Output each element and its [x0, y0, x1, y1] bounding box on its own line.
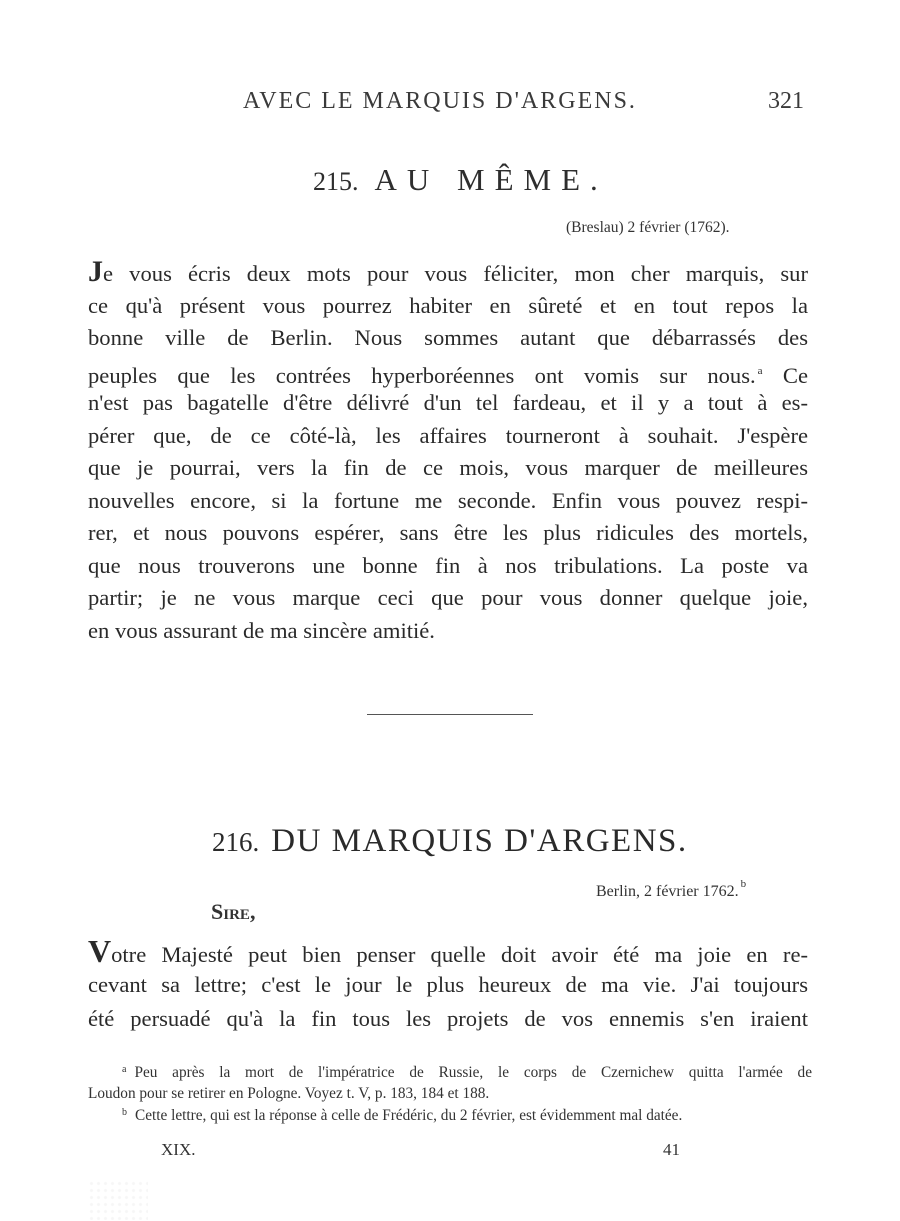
body-line: été persuadé qu'à la fin tous les projet… [88, 1003, 808, 1037]
body-line: rer, et nous pouvons espérer, sans être … [88, 517, 808, 550]
body-line: nouvelles encore, si la fortune me secon… [88, 485, 808, 518]
letter-title: DU MARQUIS D'ARGENS. [271, 823, 687, 859]
body-line: partir; je ne vous marque ceci que pour … [88, 582, 808, 615]
signature-mark: XIX. [161, 1140, 195, 1160]
letter-216-body: Votre Majesté peut bien penser quelle do… [88, 935, 808, 1037]
footnote-b: bCette lettre, qui est la réponse à cell… [122, 1107, 682, 1125]
running-head: AVEC LE MARQUIS D'ARGENS. [243, 88, 637, 115]
body-line: cevant sa lettre; c'est le jour le plus … [88, 969, 808, 1003]
page-number: 321 [768, 88, 804, 115]
body-line: Je vous écris deux mots pour vous félici… [88, 257, 808, 290]
letter-216-heading: 216.DU MARQUIS D'ARGENS. [212, 823, 688, 860]
body-line: que je pourrai, vers la fin de ce mois, … [88, 452, 808, 485]
letter-number: 215. [313, 167, 359, 196]
letter-215-heading: 215.AU MÊME. [313, 162, 608, 198]
letter-number: 216. [212, 827, 259, 857]
body-line: Votre Majesté peut bien penser quelle do… [88, 935, 808, 969]
body-line: bonne ville de Berlin. Nous sommes autan… [88, 322, 808, 355]
drop-cap: V [88, 933, 111, 969]
body-line: n'est pas bagatelle d'être délivré d'un … [88, 387, 808, 420]
scan-speckle [88, 1180, 148, 1220]
body-line: peuples que les contrées hyperboréennes … [88, 355, 808, 388]
section-divider [367, 714, 533, 715]
footnote-ref-a[interactable]: a [758, 365, 763, 377]
body-line: en vous assurant de ma sincère amitié. [88, 615, 808, 648]
letter-215-dateline: (Breslau) 2 février (1762). [566, 219, 730, 237]
letter-216-dateline: Berlin, 2 février 1762.b [596, 878, 746, 901]
salutation: SIRE, [211, 899, 255, 925]
footnote-a-continued: Loudon pour se retirer en Pologne. Voyez… [88, 1085, 489, 1103]
letter-title: AU MÊME. [375, 162, 608, 197]
footnote-ref-b[interactable]: b [741, 878, 747, 890]
letter-215-body: Je vous écris deux mots pour vous félici… [88, 257, 808, 647]
body-line: ce qu'à présent vous pourrez habiter en … [88, 290, 808, 323]
body-line: que nous trouverons une bonne fin à nos … [88, 550, 808, 583]
footnote-a: aPeu après la mort de l'impératrice de R… [122, 1064, 812, 1082]
body-line: pérer que, de ce côté-là, les affaires t… [88, 420, 808, 453]
drop-cap: J [88, 255, 103, 288]
signature-page-number: 41 [663, 1140, 680, 1160]
